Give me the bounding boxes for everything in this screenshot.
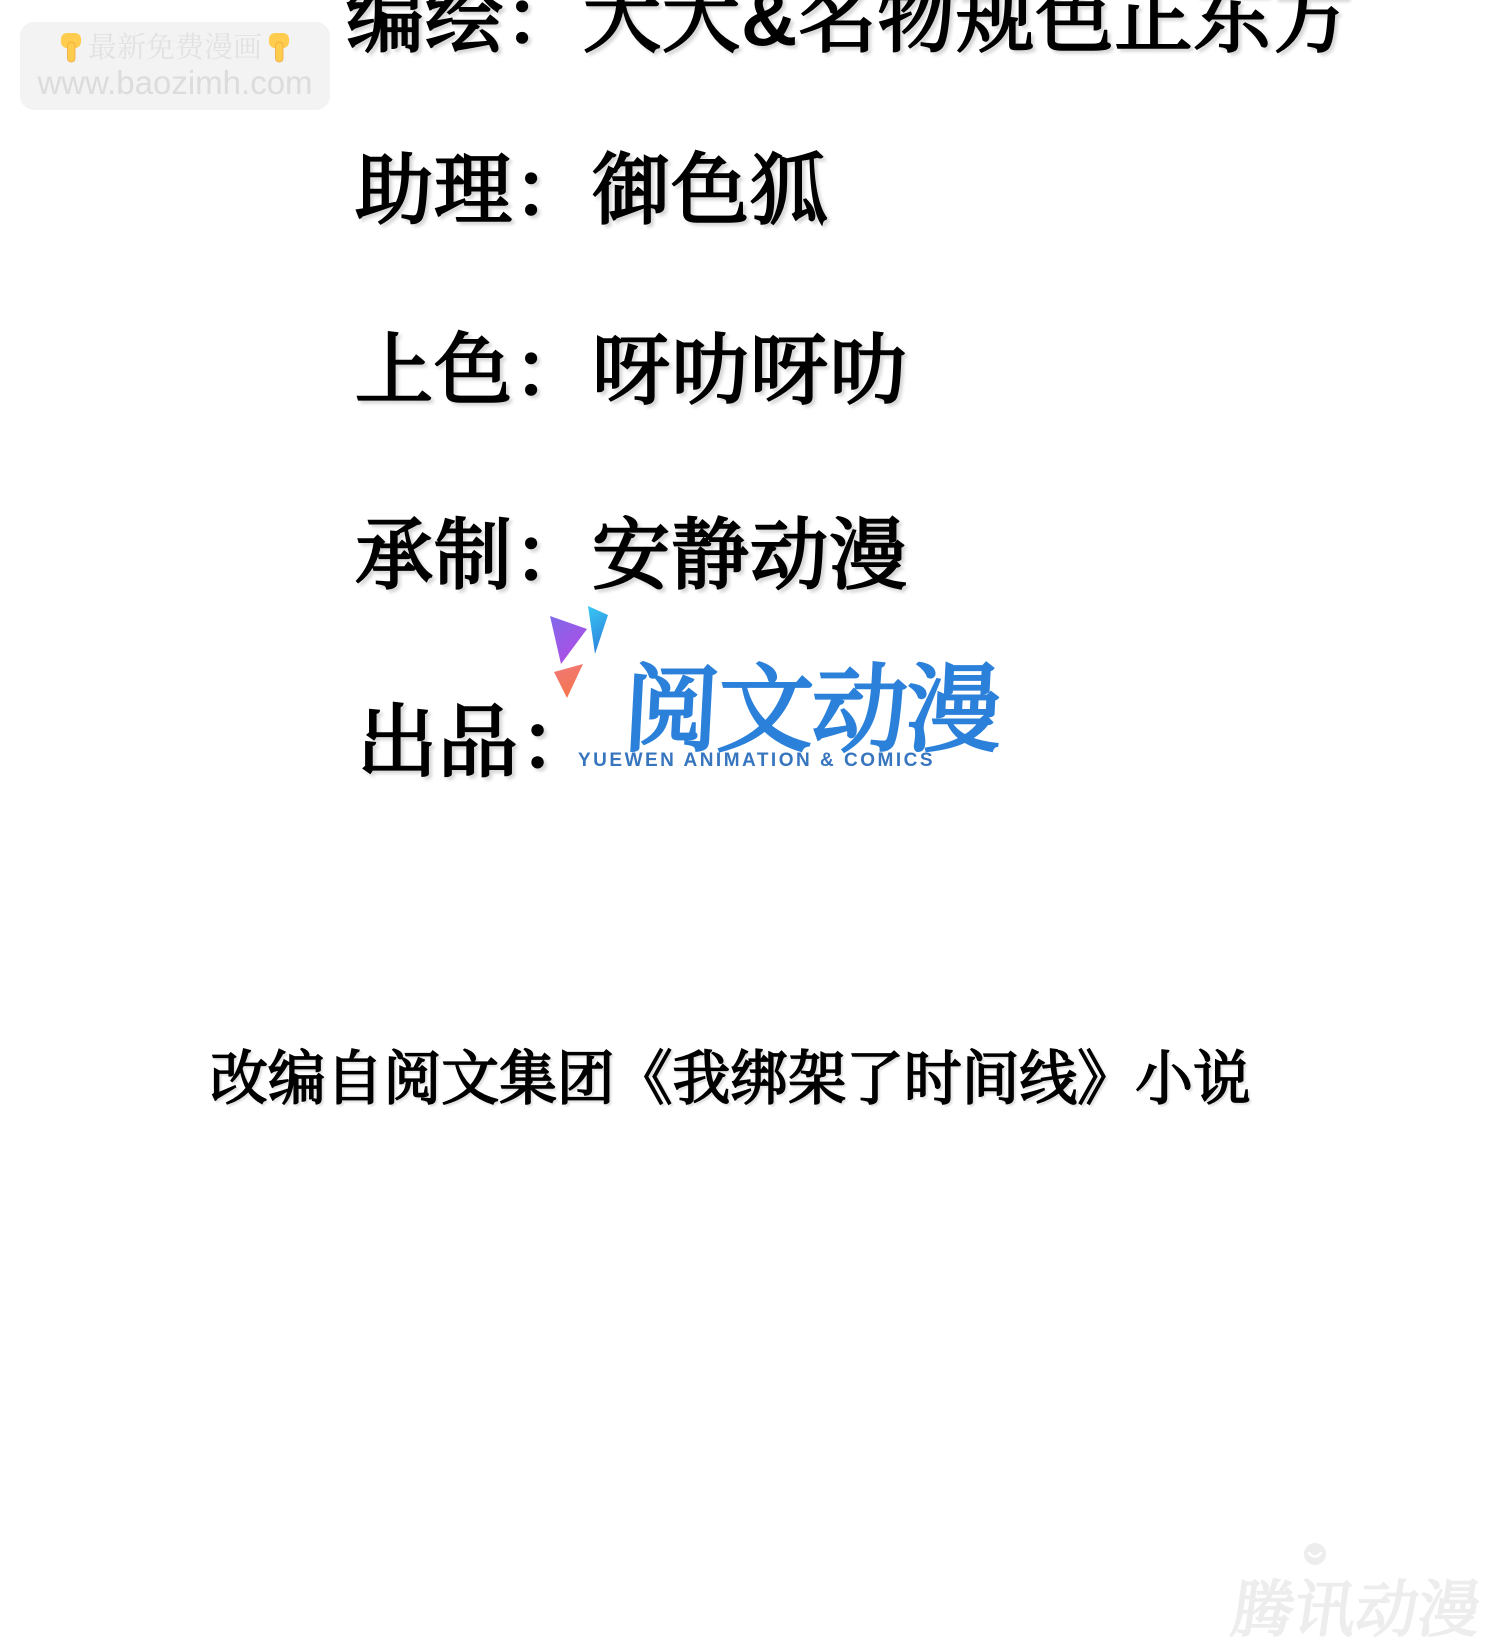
adaptation-note: 改编自阅文集团《我绑架了时间线》小说 (210, 1031, 1251, 1116)
yuewen-logo: 阅文动漫 YUEWEN ANIMATION & COMICS (542, 600, 1012, 790)
credit-line-assistant: 助理：御色狐 (355, 128, 829, 240)
credit-line-coloring: 上色：呀叻呀叻 (355, 308, 908, 420)
platform-watermark: 腾讯动漫 (1227, 1560, 1488, 1649)
comic-credits-page: 编绘：大大&名物规色正东方 最新免费漫画 www.baozimh.com 助理：… (0, 0, 1500, 1651)
site-watermark-url: www.baozimh.com (37, 66, 312, 100)
credit-line-production: 承制：安静动漫 (355, 493, 908, 605)
site-watermark-title-row: 最新免费漫画 (58, 32, 292, 64)
pointing-down-hand-icon (266, 32, 292, 64)
site-watermark-badge: 最新免费漫画 www.baozimh.com (20, 22, 330, 110)
site-watermark-title: 最新免费漫画 (88, 33, 262, 63)
yuewen-logo-triangles-icon (542, 606, 624, 710)
credit-line-artists-cut: 编绘：大大&名物规色正东方 (346, 0, 1351, 68)
yuewen-logo-subtitle: YUEWEN ANIMATION & COMICS (578, 750, 935, 772)
pointing-down-hand-icon (58, 32, 84, 64)
